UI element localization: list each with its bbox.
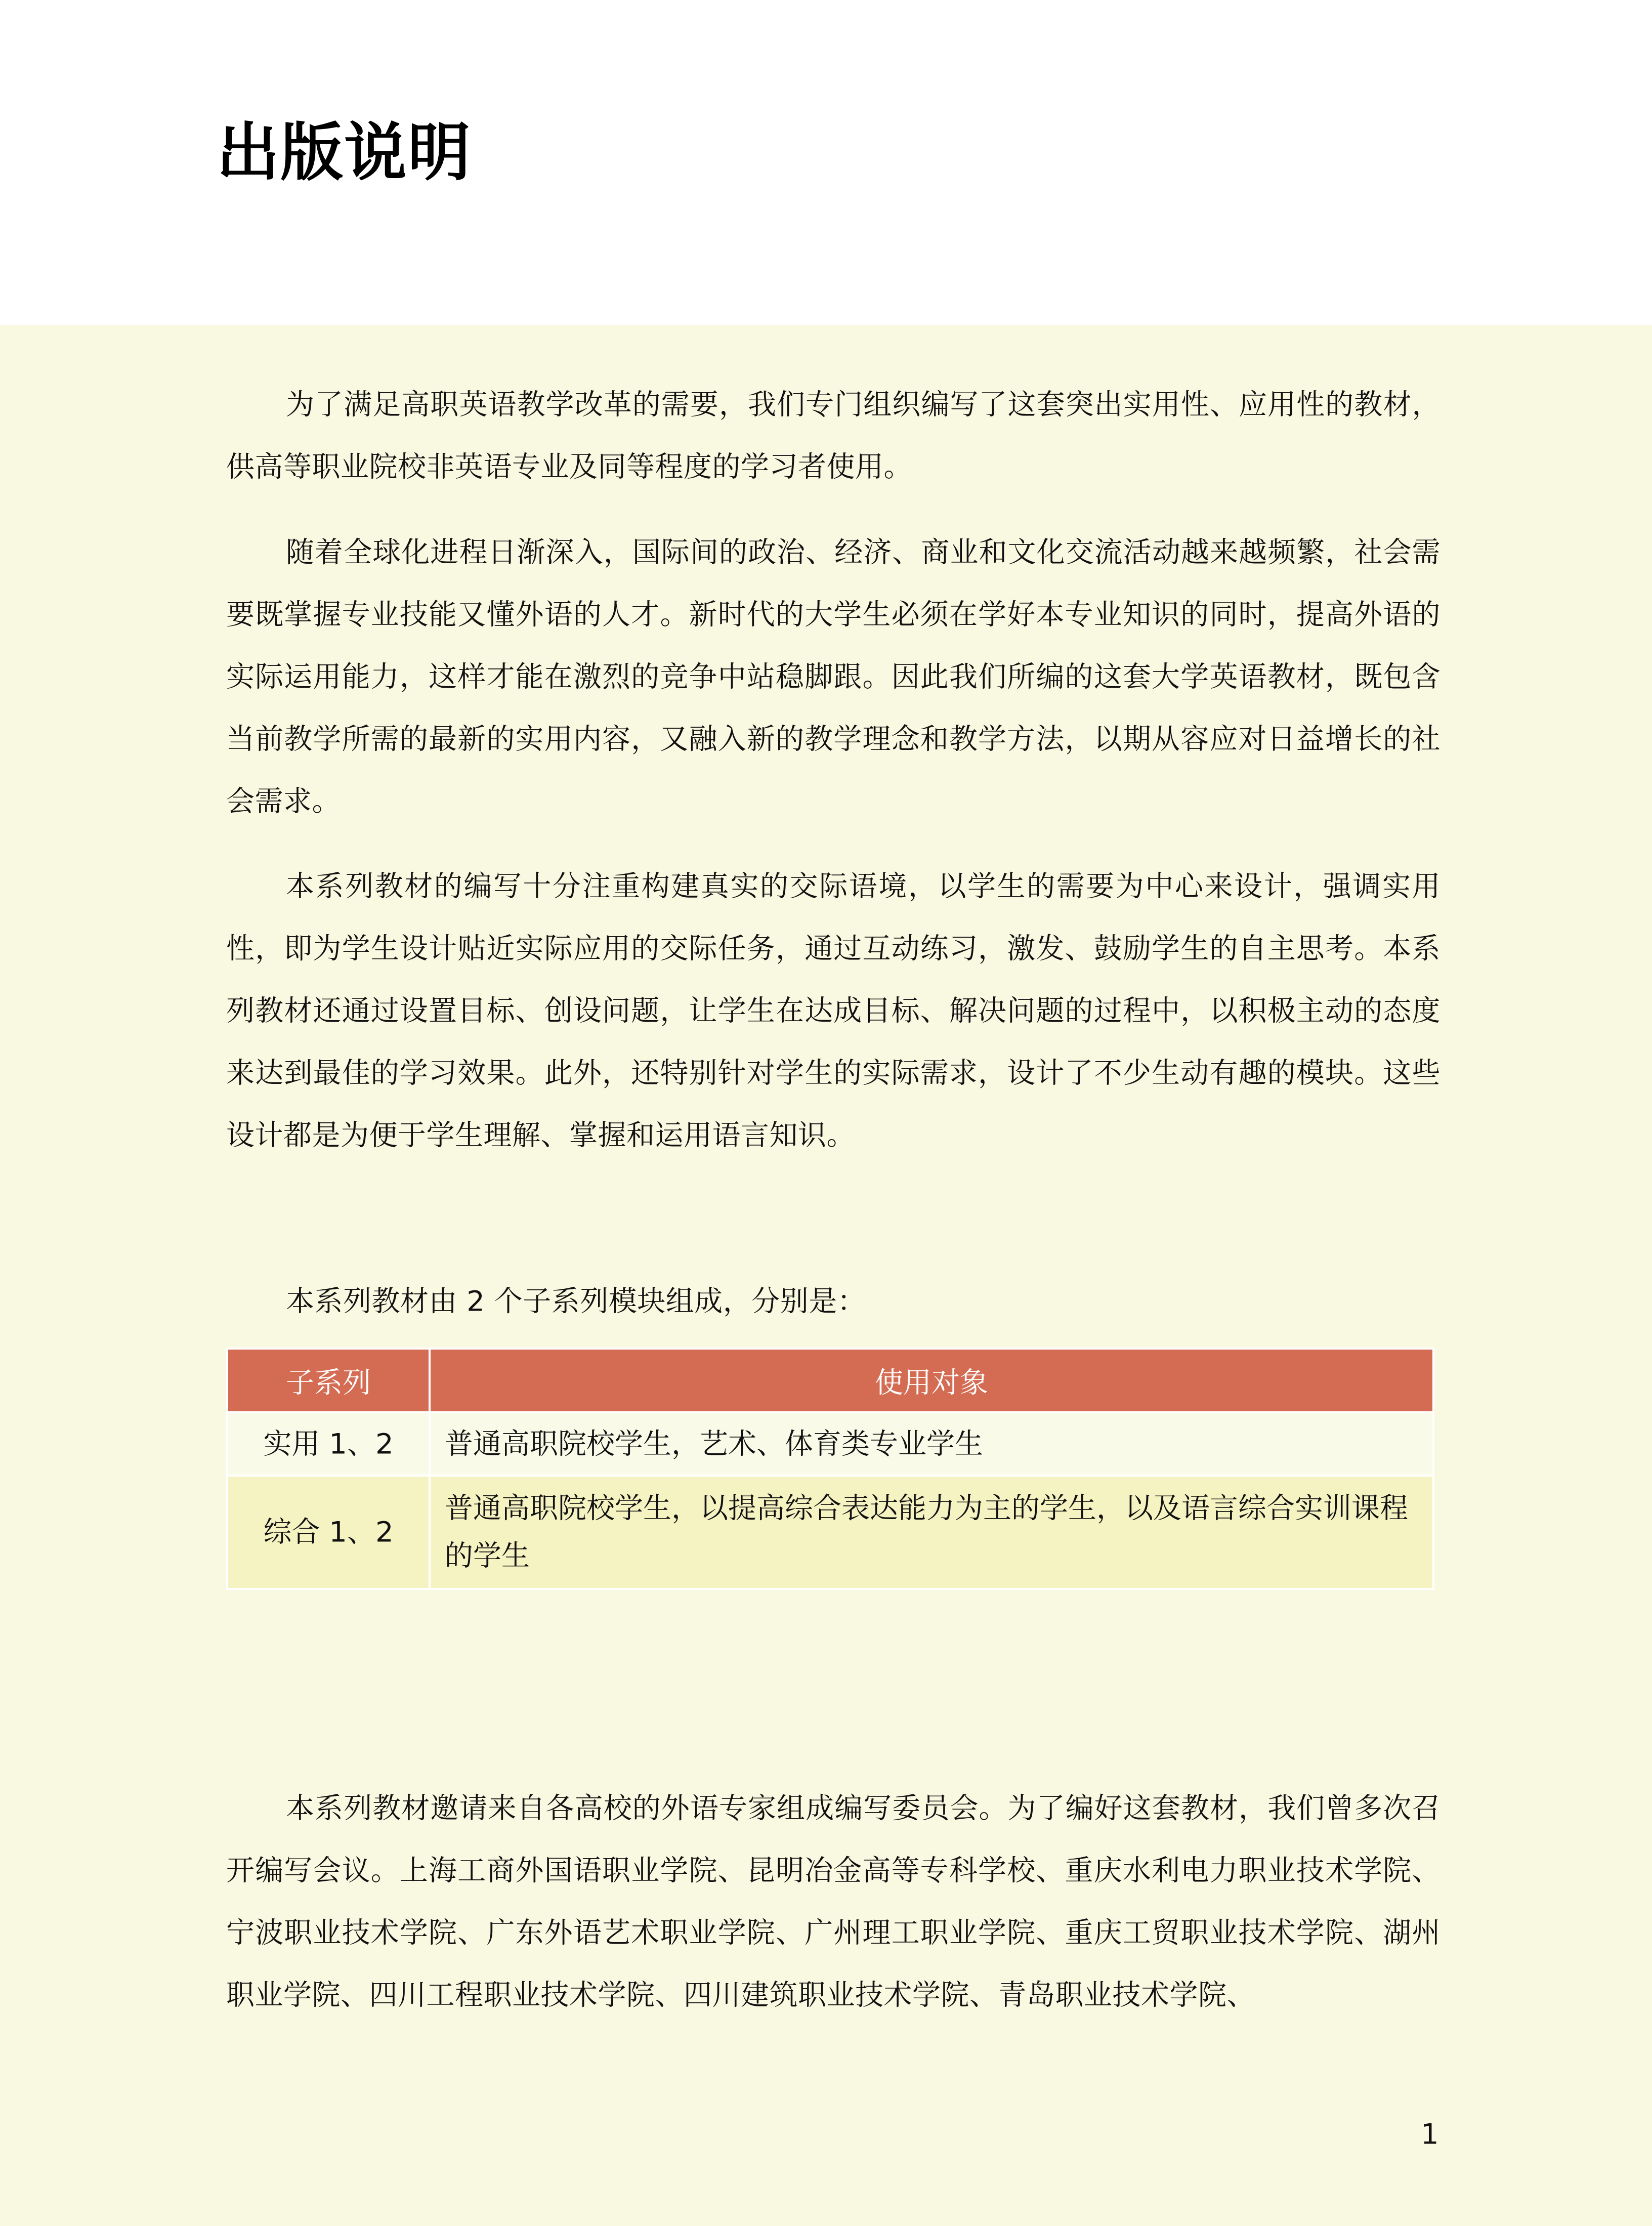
table-cell-audience: 普通高职院校学生，艺术、体育类专业学生 [431, 1413, 1432, 1475]
table-header-series: 子系列 [228, 1350, 429, 1411]
table-cell-series: 实用 1、2 [228, 1413, 429, 1475]
paragraph-design: 本系列教材的编写十分注重构建真实的交际语境，以学生的需要为中心来设计，强调实用性… [226, 855, 1441, 1166]
series-table: 子系列 使用对象 实用 1、2 普通高职院校学生，艺术、体育类专业学生 综合 1… [226, 1348, 1434, 1590]
table-cell-audience: 普通高职院校学生，以提高综合表达能力为主的学生，以及语言综合实训课程的学生 [431, 1477, 1432, 1588]
table-row: 综合 1、2 普通高职院校学生，以提高综合表达能力为主的学生，以及语言综合实训课… [228, 1477, 1432, 1588]
paragraph-intro: 为了满足高职英语教学改革的需要，我们专门组织编写了这套突出实用性、应用性的教材，… [226, 373, 1441, 498]
paragraph-table-intro: 本系列教材由 2 个子系列模块组成，分别是： [226, 1270, 1441, 1332]
table-header-audience: 使用对象 [431, 1350, 1432, 1411]
header-band: 出版说明 [0, 0, 1652, 325]
paragraph-committee: 本系列教材邀请来自各高校的外语专家组成编写委员会。为了编好这套教材，我们曾多次召… [226, 1777, 1441, 2026]
table-row: 实用 1、2 普通高职院校学生，艺术、体育类专业学生 [228, 1413, 1432, 1475]
table-header-row: 子系列 使用对象 [228, 1350, 1432, 1411]
page-title: 出版说明 [217, 121, 472, 184]
page-number: 1 [1421, 2120, 1439, 2149]
table-cell-series: 综合 1、2 [228, 1477, 429, 1588]
paragraph-globalization: 随着全球化进程日渐深入，国际间的政治、经济、商业和文化交流活动越来越频繁，社会需… [226, 521, 1441, 832]
